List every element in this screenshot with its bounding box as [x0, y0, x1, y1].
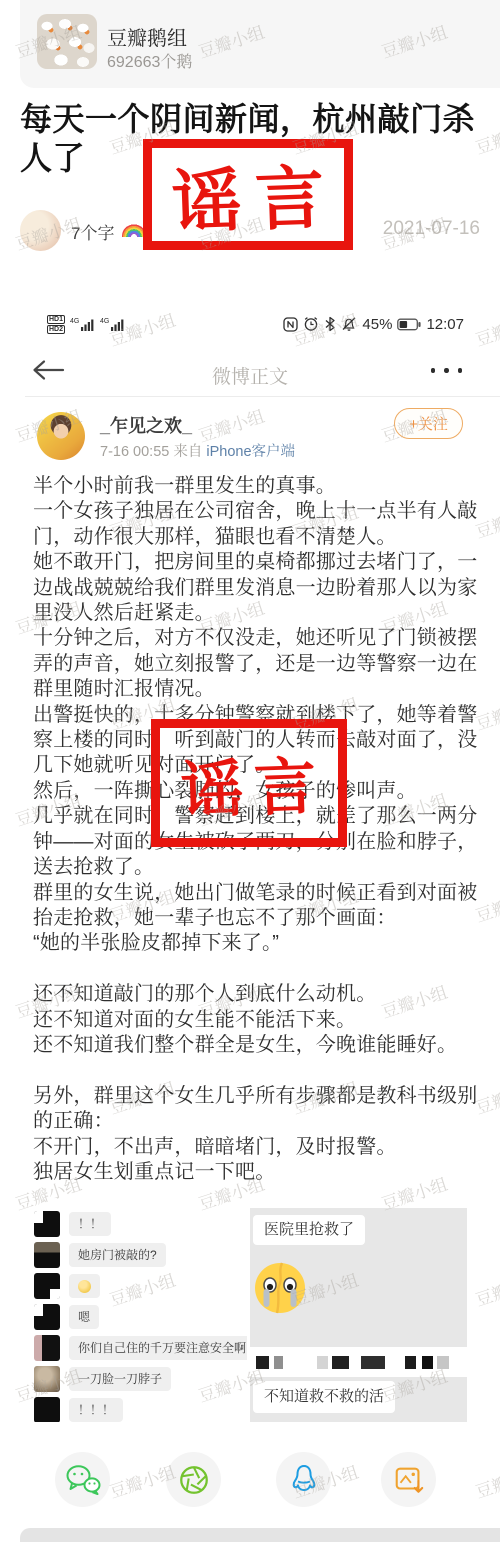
nav-divider — [25, 396, 500, 397]
status-time: 12:07 — [426, 316, 464, 333]
douban-watermark: 豆瓣小组 — [472, 1266, 500, 1311]
chat-message-row: ！！ — [34, 1211, 247, 1237]
share-save-image-button[interactable] — [381, 1452, 436, 1507]
group-member-count: 692663个鹅 — [107, 49, 192, 72]
chat-screenshot-left[interactable]: ！！她房门被敲的?嗯你们自己住的千万要注意安全啊一刀脸一刀脖子！！！ — [28, 1208, 247, 1422]
wechat-icon — [65, 1464, 101, 1495]
douban-post-page: 豆瓣鹅组 692663个鹅 每天一个阴间新闻，杭州敲门杀人了 谣言 7个字 20… — [0, 0, 500, 1542]
chat-bubble: ！！！ — [69, 1398, 123, 1422]
author-avatar[interactable] — [20, 210, 61, 251]
redacted-text-block — [317, 1356, 328, 1369]
chat-bubble: 你们自己住的千万要注意安全啊 — [69, 1336, 247, 1360]
redacted-text-block — [274, 1356, 283, 1369]
post-date: 2021-07-16 — [383, 218, 480, 240]
share-moments-button[interactable] — [166, 1452, 221, 1507]
chat-message-row — [34, 1273, 247, 1299]
chat-bubble — [69, 1274, 100, 1298]
signal-icon-sim2: 4G — [100, 316, 125, 332]
redacted-text-block — [405, 1356, 416, 1369]
signal-icon-sim1: 4G — [70, 316, 95, 332]
chat-avatar — [34, 1397, 60, 1422]
phone-status-bar: HD1 HD2 4G 4G — [47, 310, 464, 338]
chat-avatar — [34, 1211, 60, 1237]
chat-bubble: 不知道救不救的活 — [253, 1381, 395, 1413]
emoji-icon — [78, 1280, 91, 1293]
chat-avatar — [34, 1304, 60, 1330]
weibo-post-via: 来自 — [173, 444, 202, 460]
group-name: 豆瓣鹅组 — [107, 22, 187, 51]
hd-voice-badges: HD1 HD2 — [47, 315, 65, 334]
chat-bubble: 嗯 — [69, 1305, 99, 1329]
chat-message-row: 一刀脸一刀脖子 — [34, 1366, 247, 1392]
weibo-post-meta: 7-16 00:55 来自 iPhone客户端 — [100, 440, 295, 461]
redacted-text-block — [437, 1356, 449, 1369]
redacted-text-block — [361, 1356, 385, 1369]
redacted-text-block — [332, 1356, 349, 1369]
redacted-text-block — [256, 1356, 269, 1369]
nfc-icon — [283, 317, 298, 332]
follow-button[interactable]: +关注 — [394, 408, 463, 439]
chat-bubble: 她房门被敲的? — [69, 1243, 166, 1267]
weibo-post-time: 7-16 00:55 — [100, 444, 169, 460]
svg-text:4G: 4G — [100, 318, 109, 325]
chat-message-row: ！！！ — [34, 1397, 247, 1422]
author-name[interactable]: 7个字 — [71, 219, 114, 244]
crying-face-emoji-icon — [252, 1260, 308, 1316]
chat-message-row: 嗯 — [34, 1304, 247, 1330]
redacted-text-block — [422, 1356, 433, 1369]
weibo-user-name[interactable]: _乍见之欢_ — [100, 412, 192, 438]
douban-watermark: 豆瓣小组 — [472, 306, 500, 351]
weibo-client-link[interactable]: iPhone客户端 — [206, 444, 295, 460]
chat-avatar — [34, 1273, 60, 1299]
back-arrow-icon[interactable] — [30, 358, 66, 382]
redaction-strip — [250, 1347, 467, 1377]
mute-icon — [341, 316, 357, 332]
group-card[interactable]: 豆瓣鹅组 692663个鹅 — [20, 0, 500, 88]
bluetooth-icon — [324, 316, 336, 332]
chat-avatar — [34, 1242, 60, 1268]
wechat-moments-icon — [177, 1463, 211, 1497]
share-bar — [0, 1452, 500, 1508]
chat-bubble: ！！ — [69, 1212, 111, 1236]
battery-icon — [397, 318, 421, 331]
battery-percent: 45% — [362, 316, 392, 333]
chat-bubble: 医院里抢救了 — [253, 1215, 365, 1245]
qq-icon — [288, 1463, 320, 1497]
rumor-stamp-top: 谣言 — [143, 139, 353, 250]
chat-screenshot-right[interactable]: 医院里抢救了 不知道救不救的活 — [250, 1208, 467, 1422]
chat-message-row: 你们自己住的千万要注意安全啊 — [34, 1335, 247, 1361]
save-image-icon — [392, 1463, 426, 1497]
chat-message-row: 她房门被敲的? — [34, 1242, 247, 1268]
alarm-icon — [303, 316, 319, 332]
chat-avatar — [34, 1366, 60, 1392]
share-qq-button[interactable] — [276, 1452, 331, 1507]
weibo-user-avatar[interactable] — [37, 412, 85, 460]
rumor-stamp-middle: 谣言 — [151, 719, 347, 847]
nav-title: 微博正文 — [212, 362, 288, 389]
group-avatar-geese[interactable] — [37, 14, 97, 69]
bottom-gray-bar — [20, 1528, 500, 1542]
svg-text:4G: 4G — [70, 318, 79, 325]
chat-bubble: 一刀脸一刀脖子 — [69, 1367, 171, 1391]
more-dots-icon[interactable] — [431, 368, 463, 373]
chat-avatar — [34, 1335, 60, 1361]
share-wechat-button[interactable] — [55, 1452, 110, 1507]
